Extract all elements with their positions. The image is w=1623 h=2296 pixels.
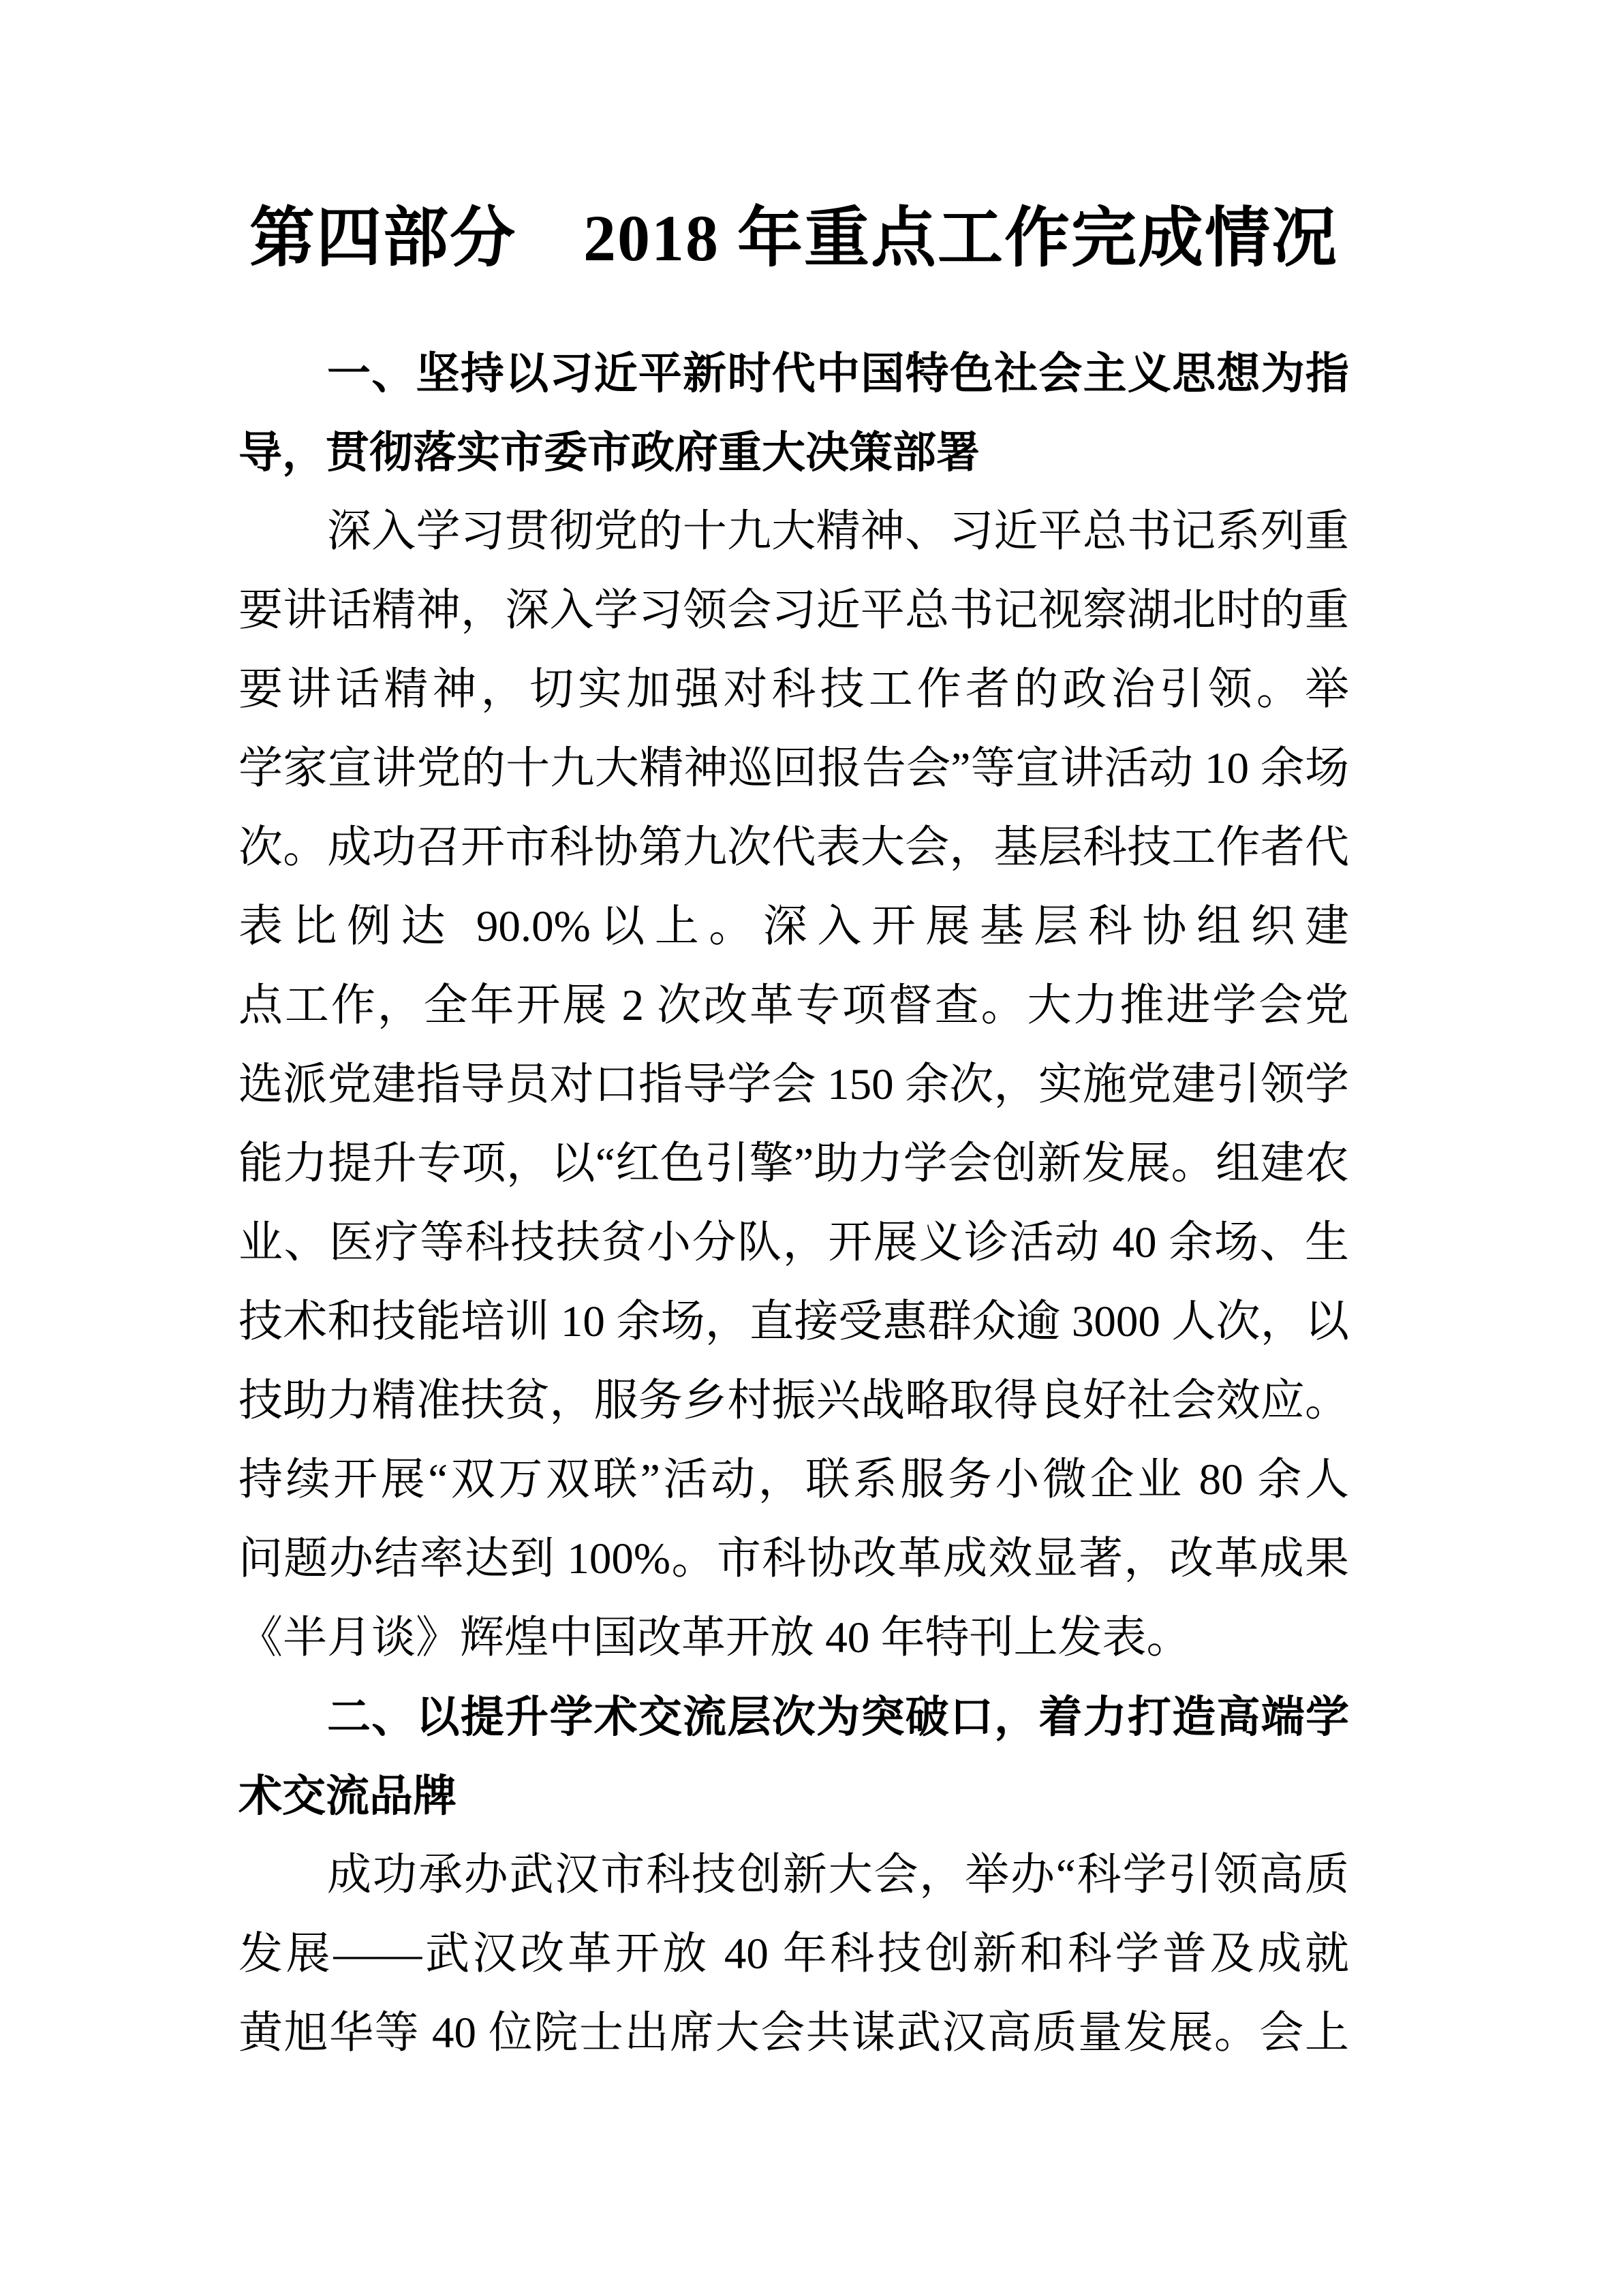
- section-2-heading-line: 术交流品牌: [238, 1756, 1349, 1835]
- section-1-heading-line: 导，贯彻落实市委市政府重大决策部署: [238, 413, 1349, 492]
- body-line: 要讲话精神，深入学习领会习近平总书记视察湖北时的重: [238, 571, 1349, 650]
- document-title: 第四部分 2018 年重点工作完成情况: [238, 184, 1349, 293]
- section-1: 一、坚持以习近平新时代中国特色社会主义思想为指 导，贯彻落实市委市政府重大决策部…: [238, 334, 1349, 1677]
- section-1-heading-line: 一、坚持以习近平新时代中国特色社会主义思想为指: [238, 334, 1349, 413]
- document-content: 第四部分 2018 年重点工作完成情况 一、坚持以习近平新时代中国特色社会主义思…: [0, 0, 1623, 2073]
- document-page: 第四部分 2018 年重点工作完成情况 一、坚持以习近平新时代中国特色社会主义思…: [0, 0, 1623, 2296]
- body-line: 能力提升专项，以“红色引擎”助力学会创新发展。组建农: [238, 1124, 1349, 1203]
- body-line: 黄旭华等 40 位院士出席大会共谋武汉高质量发展。会上为: [238, 1994, 1349, 2073]
- body-line: 点工作，全年开展 2 次改革专项督查。大力推进学会党建，: [238, 966, 1349, 1045]
- body-line: 学家宣讲党的十九大精神巡回报告会”等宣讲活动 10 余场: [238, 729, 1349, 808]
- body-line: 次。成功召开市科协第九次代表大会，基层科技工作者代: [238, 808, 1349, 887]
- body-line: 技术和技能培训 10 余场，直接受惠群众逾 3000 人次，以科: [238, 1282, 1349, 1361]
- section-2: 二、以提升学术交流层次为突破口，着力打造高端学 术交流品牌 成功承办武汉市科技创…: [238, 1677, 1349, 2073]
- body-line: 深入学习贯彻党的十九大精神、习近平总书记系列重: [238, 492, 1349, 571]
- body-line: 发展——武汉改革开放 40 年科技创新和科学普及成就展”，: [238, 1914, 1349, 1994]
- body-line: 选派党建指导员对口指导学会 150 余次，实施党建引领学会: [238, 1045, 1349, 1124]
- body-line: 问题办结率达到 100%。市科协改革成效显著，改革成果在: [238, 1519, 1349, 1598]
- body-line: 技助力精准扶贫，服务乡村振兴战略取得良好社会效应。: [238, 1361, 1349, 1440]
- body-line: 《半月谈》辉煌中国改革开放 40 年特刊上发表。: [238, 1598, 1349, 1677]
- section-2-heading-line: 二、以提升学术交流层次为突破口，着力打造高端学: [238, 1677, 1349, 1756]
- body-line: 持续开展“双万双联”活动，联系服务小微企业 80 余人次，: [238, 1440, 1349, 1519]
- body-line: 表比例达 90.0%以上。深入开展基层科协组织建设“3+1”试: [238, 887, 1349, 966]
- body-line: 要讲话精神，切实加强对科技工作者的政治引领。举办“科: [238, 650, 1349, 729]
- body-line: 业、医疗等科技扶贫小分队，开展义诊活动 40 余场、生产: [238, 1203, 1349, 1282]
- body-line: 成功承办武汉市科技创新大会，举办“科学引领高质量: [238, 1835, 1349, 1914]
